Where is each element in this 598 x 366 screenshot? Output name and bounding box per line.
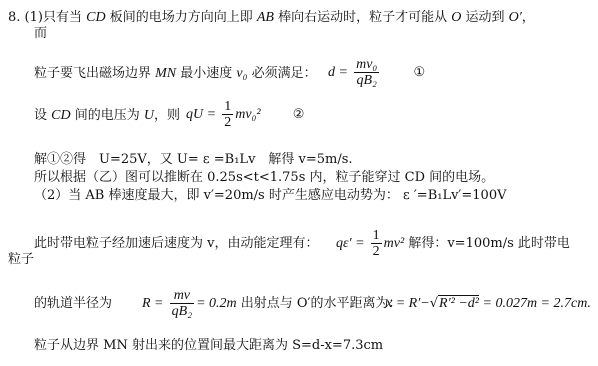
equation-3: qε′ = 12mv² 解得：v=100m/s 此时带电 (336, 228, 570, 259)
text: 解得：v=100m/s 此时带电 (404, 236, 570, 251)
eq-marker-2: ② (293, 107, 305, 122)
numerator: 1 (371, 228, 382, 244)
var-u: U (144, 108, 154, 123)
radicand: R′² −d² (438, 295, 479, 311)
eq-lhs: R = (142, 296, 164, 311)
equation-5: x = R′−√R′² −d² = 0.027m = 2.7cm. (386, 296, 591, 312)
text: ， (522, 10, 535, 25)
var-ab: AB (257, 10, 274, 25)
fraction: mvqB₂ (170, 288, 194, 319)
numerator: mv (170, 288, 194, 304)
text: 棒向右运动时，粒子才可能从 (274, 10, 451, 25)
text: 的轨道半径为 (34, 296, 112, 311)
text: ，则 (154, 108, 180, 123)
eq-rhs: = 0.2m (196, 296, 237, 311)
text: 此时带电粒子经加速后速度为 v，由动能定理有： (34, 236, 318, 251)
problem-number: 8. (8, 10, 20, 25)
line-6: 所以根据（乙）图可以推断在 0.25s<t<1.75s 内，粒子能穿过 CD 间… (34, 170, 494, 186)
line-9: 粒子 (8, 252, 34, 268)
denominator: 2 (371, 244, 382, 259)
fraction: 12 (371, 228, 382, 259)
part1-label: (1) (25, 10, 43, 25)
var-o: O (451, 10, 461, 25)
text: 解①②得 (34, 152, 99, 167)
numerator: 1 (222, 99, 233, 115)
eq-lhs: x = R′− (386, 296, 430, 311)
text: 间的电压为 (71, 108, 144, 123)
eq-marker-1: ① (413, 65, 425, 80)
line-1: 8. (1)只有当 CD 板间的电场力方向向上即 AB 棒向右运动时，粒子才可能… (8, 10, 535, 26)
eq-rhs: = 0.027m = 2.7cm. (479, 296, 591, 311)
eq-lhs: qε′ = (336, 236, 365, 251)
numerator: mv₀ (354, 57, 379, 73)
line-10: 的轨道半径为 (34, 296, 112, 312)
line-7: （2）当 AB 棒速度最大，即 v′=20m/s 时产生感应电动势为： ε ′=… (34, 188, 506, 204)
eq-rhs: mv₀² (235, 107, 260, 122)
text: U=25V，又 U= ε =B₁Lv 解得 v=5m/s. (99, 152, 353, 167)
line-4: 设 CD 间的电压为 U，则 (34, 108, 180, 124)
text: 出射点与 O′的水平距离为： (237, 296, 402, 311)
text: 必须满足： (248, 66, 317, 81)
eq-lhs: d = (328, 65, 348, 80)
sqrt-symbol: √ (430, 296, 438, 311)
text: 运动到 (461, 10, 508, 25)
var-cd: CD (51, 108, 70, 123)
line-3: 粒子要飞出磁场边界 MN 最小速度 v₀ 必须满足： (34, 66, 317, 82)
text: 板间的电场力方向向上即 (106, 10, 257, 25)
text: 设 (34, 108, 51, 123)
line-11: 粒子从边界 MN 射出来的位置间最大距离为 S=d-x=7.3cm (34, 338, 383, 354)
denominator: qB₂ (170, 304, 194, 319)
text: 粒子要飞出磁场边界 (34, 66, 155, 81)
var-o-prime: O′ (509, 10, 522, 25)
var-v0: v₀ (236, 66, 247, 81)
equation-2: qU = 12mv₀² ② (186, 99, 304, 130)
line-8: 此时带电粒子经加速后速度为 v，由动能定理有： (34, 236, 318, 252)
denominator: qB₂ (354, 73, 379, 88)
equation-1: d = mv₀qB₂ ① (328, 57, 425, 88)
fraction: 12 (222, 99, 233, 130)
fraction: mv₀qB₂ (354, 57, 379, 88)
text: 最小速度 (176, 66, 236, 81)
denominator: 2 (222, 115, 233, 130)
text: 只有当 (43, 10, 86, 25)
eq-rhs: mv² (384, 236, 405, 251)
var-cd: CD (86, 10, 105, 25)
var-mn: MN (155, 66, 176, 81)
equation-4: R = mvqB₂= 0.2m 出射点与 O′的水平距离为： (142, 288, 402, 319)
line-2: 而 (34, 26, 47, 42)
eq-lhs: qU = (186, 107, 216, 122)
line-5: 解①②得 U=25V，又 U= ε =B₁Lv 解得 v=5m/s. (34, 152, 353, 168)
